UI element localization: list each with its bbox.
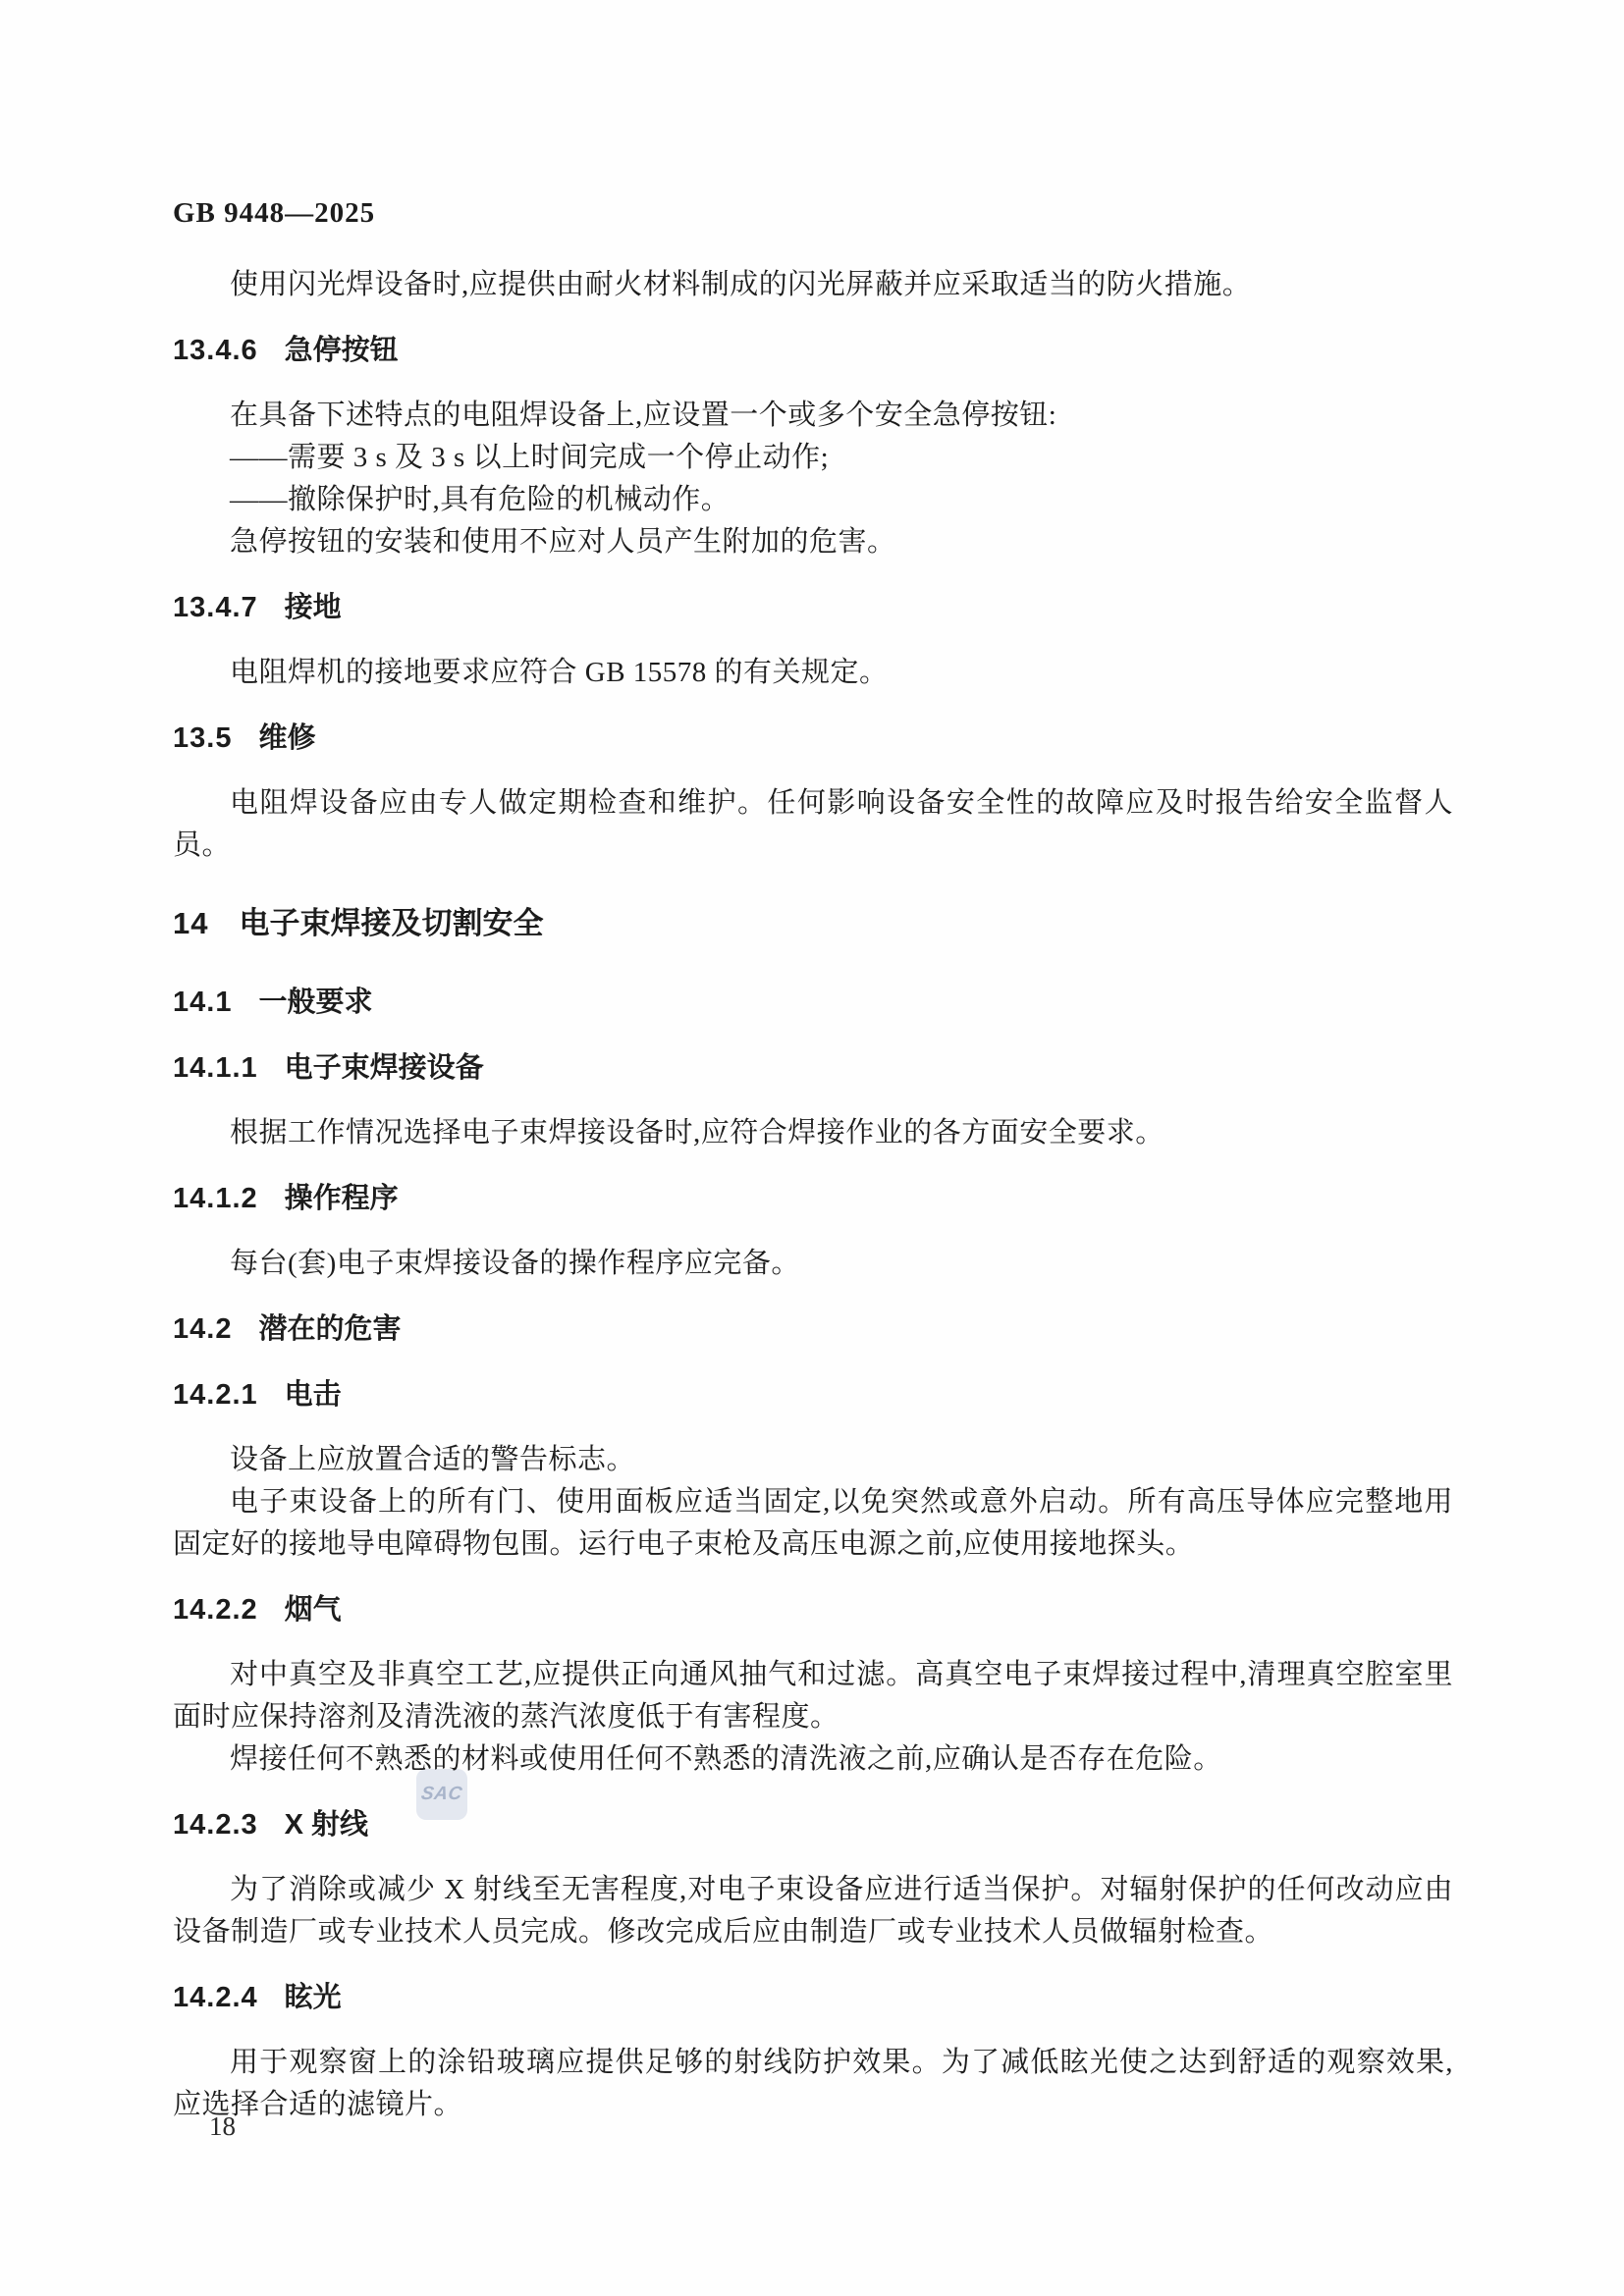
page-content: GB 9448—2025 使用闪光焊设备时,应提供由耐火材料制成的闪光屏蔽并应采…	[173, 192, 1453, 2126]
paragraph: 电阻焊设备应由专人做定期检查和维护。任何影响设备安全性的故障应及时报告给安全监督…	[173, 782, 1453, 867]
section-title: 烟气	[285, 1588, 342, 1631]
section-heading-14-2-4: 14.2.4 眩光	[173, 1976, 1453, 2019]
section-heading-14-1-2: 14.1.2 操作程序	[173, 1177, 1453, 1220]
document-page: SAC GB 9448—2025 使用闪光焊设备时,应提供由耐火材料制成的闪光屏…	[0, 0, 1624, 2296]
section-heading-14-2-2: 14.2.2 烟气	[173, 1588, 1453, 1631]
section-title: 操作程序	[285, 1177, 399, 1220]
section-number: 14.1.1	[173, 1046, 258, 1090]
section-number: 13.5	[173, 717, 232, 760]
section-title: 电子束焊接设备	[285, 1046, 484, 1090]
section-title: 电击	[285, 1373, 342, 1416]
section-heading-13-4-7: 13.4.7 接地	[173, 586, 1453, 629]
section-heading-13-5: 13.5 维修	[173, 717, 1453, 760]
section-title: 眩光	[285, 1976, 342, 2019]
chapter-heading-14: 14 电子束焊接及切割安全	[173, 901, 1453, 946]
section-number: 14.1.2	[173, 1177, 258, 1220]
paragraph: 电子束设备上的所有门、使用面板应适当固定,以免突然或意外启动。所有高压导体应完整…	[173, 1481, 1453, 1566]
section-number: 14.2.1	[173, 1373, 258, 1416]
paragraph: 为了消除或减少 X 射线至无害程度,对电子束设备应进行适当保护。对辐射保护的任何…	[173, 1869, 1453, 1953]
dash-list-item: ——撤除保护时,具有危险的机械动作。	[173, 479, 1453, 521]
paragraph: 每台(套)电子束焊接设备的操作程序应完备。	[173, 1243, 1453, 1285]
paragraph: 用于观察窗上的涂铅玻璃应提供足够的射线防护效果。为了减低眩光使之达到舒适的观察效…	[173, 2042, 1453, 2126]
dash-list-item: ——需要 3 s 及 3 s 以上时间完成一个停止动作;	[173, 437, 1453, 479]
section-title: X 射线	[285, 1803, 368, 1846]
paragraph: 使用闪光焊设备时,应提供由耐火材料制成的闪光屏蔽并应采取适当的防火措施。	[173, 264, 1453, 306]
section-title: 维修	[258, 717, 315, 760]
section-heading-14-2: 14.2 潜在的危害	[173, 1308, 1453, 1351]
section-number: 13.4.6	[173, 329, 258, 372]
chapter-title: 电子束焊接及切割安全	[239, 901, 543, 946]
standard-number-header: GB 9448—2025	[173, 192, 1453, 235]
paragraph: 焊接任何不熟悉的材料或使用任何不熟悉的清洗液之前,应确认是否存在危险。	[173, 1738, 1453, 1781]
section-number: 14.2.4	[173, 1976, 258, 2019]
section-title: 接地	[285, 586, 342, 629]
paragraph: 对中真空及非真空工艺,应提供正向通风抽气和过滤。高真空电子束焊接过程中,清理真空…	[173, 1654, 1453, 1738]
section-number: 14.2.3	[173, 1803, 258, 1846]
section-title: 潜在的危害	[258, 1308, 401, 1351]
paragraph: 在具备下述特点的电阻焊设备上,应设置一个或多个安全急停按钮:	[173, 395, 1453, 437]
paragraph: 电阻焊机的接地要求应符合 GB 15578 的有关规定。	[173, 652, 1453, 694]
section-heading-14-1: 14.1 一般要求	[173, 981, 1453, 1024]
section-heading-13-4-6: 13.4.6 急停按钮	[173, 329, 1453, 372]
section-heading-14-2-1: 14.2.1 电击	[173, 1373, 1453, 1416]
paragraph: 急停按钮的安装和使用不应对人员产生附加的危害。	[173, 521, 1453, 563]
section-heading-14-2-3: 14.2.3 X 射线	[173, 1803, 1453, 1846]
section-number: 14.2	[173, 1308, 232, 1351]
section-number: 14.2.2	[173, 1588, 258, 1631]
paragraph: 设备上应放置合适的警告标志。	[173, 1439, 1453, 1481]
section-title: 一般要求	[258, 981, 372, 1024]
section-number: 14.1	[173, 981, 232, 1024]
section-number: 13.4.7	[173, 586, 258, 629]
paragraph: 根据工作情况选择电子束焊接设备时,应符合焊接作业的各方面安全要求。	[173, 1112, 1453, 1154]
section-heading-14-1-1: 14.1.1 电子束焊接设备	[173, 1046, 1453, 1090]
chapter-number: 14	[173, 901, 208, 946]
page-number: 18	[209, 2110, 236, 2142]
section-title: 急停按钮	[285, 329, 399, 372]
